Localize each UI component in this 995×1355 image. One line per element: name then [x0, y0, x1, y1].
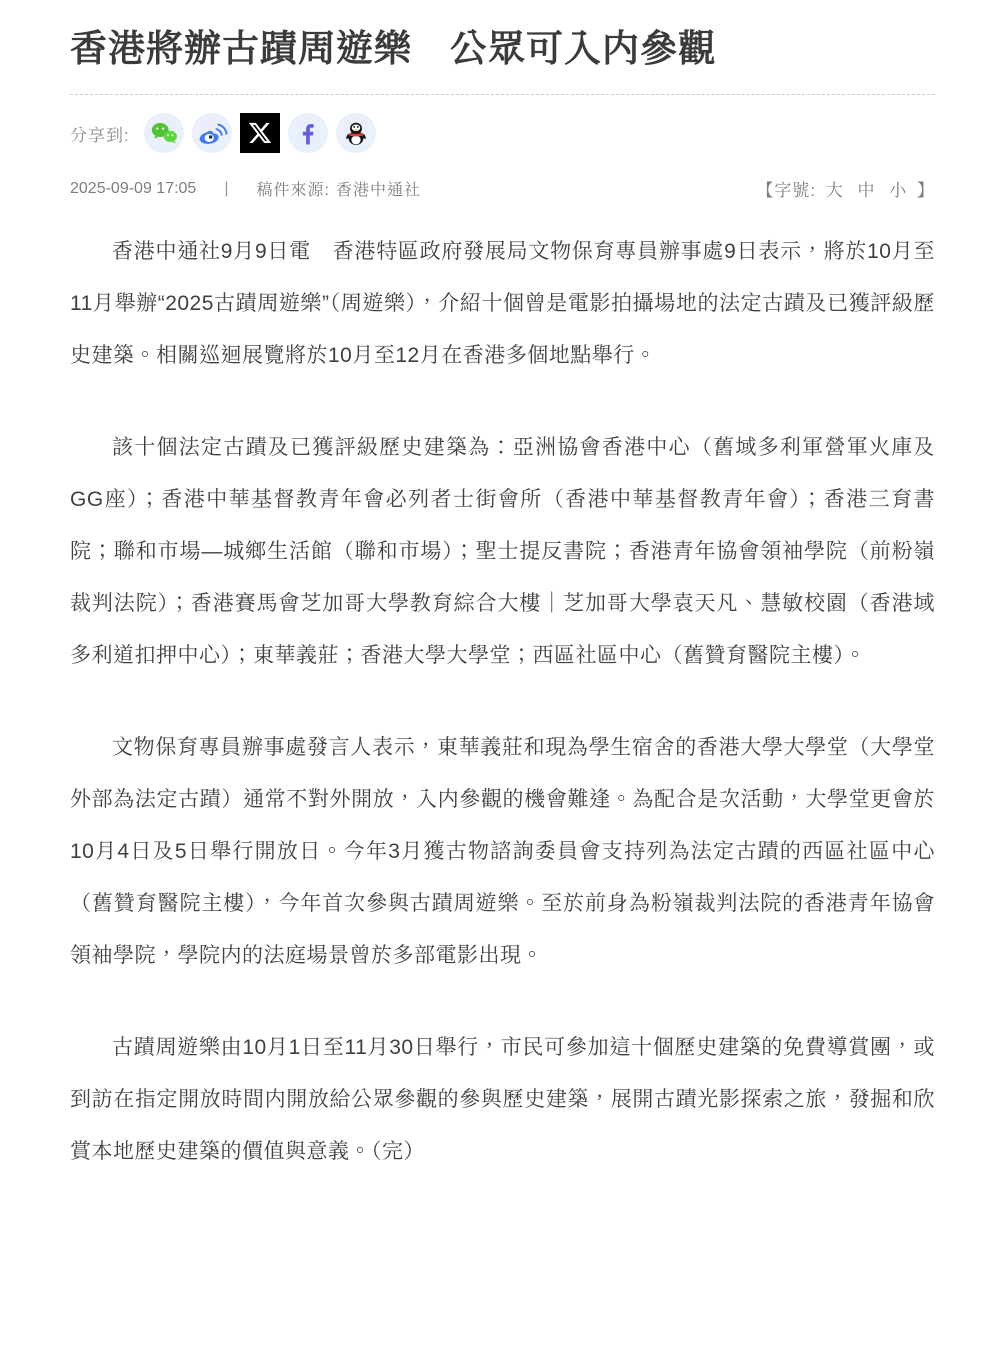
- facebook-icon: [288, 113, 328, 153]
- x-icon: [240, 113, 280, 153]
- meta-left: 2025-09-09 17:05 | 稿件來源: 香港中通社: [70, 177, 421, 200]
- meta-row: 2025-09-09 17:05 | 稿件來源: 香港中通社 【字號: 大 中 …: [70, 176, 935, 201]
- page-title: 香港將辦古蹟周遊樂 公眾可入内參觀: [70, 26, 935, 72]
- qq-share-button[interactable]: [336, 113, 376, 153]
- article-paragraph-2: 該十個法定古蹟及已獲評級歷史建築為：亞洲協會香港中心（舊域多利軍營軍火庫及GG座…: [70, 422, 935, 682]
- wechat-share-button[interactable]: [144, 113, 184, 153]
- article-paragraph-3: 文物保育專員辦事處發言人表示，東華義莊和現為學生宿舍的香港大學大學堂（大學堂外部…: [70, 722, 935, 982]
- font-size-suffix: 】: [917, 181, 935, 200]
- font-size-large-button[interactable]: 大: [826, 181, 844, 200]
- font-size-medium-button[interactable]: 中: [858, 181, 876, 200]
- x-share-button[interactable]: [240, 113, 280, 153]
- share-label: 分享到:: [70, 121, 130, 146]
- article-paragraph-1: 香港中通社9月9日電 香港特區政府發展局文物保育專員辦事處9日表示，將於10月至…: [70, 226, 935, 382]
- source-name: 香港中通社: [336, 177, 421, 200]
- facebook-share-button[interactable]: [288, 113, 328, 153]
- share-row: 分享到:: [70, 112, 935, 154]
- article-body: 香港中通社9月9日電 香港特區政府發展局文物保育專員辦事處9日表示，將於10月至…: [70, 226, 935, 1178]
- meta-separator: |: [224, 180, 228, 198]
- article-page: 香港將辦古蹟周遊樂 公眾可入内參觀 分享到:: [0, 0, 995, 1238]
- source-label: 稿件來源:: [256, 177, 329, 200]
- weibo-icon: [192, 113, 232, 153]
- wechat-icon: [144, 113, 184, 153]
- article-paragraph-4: 古蹟周遊樂由10月1日至11月30日舉行，市民可參加這十個歷史建築的免費導賞團，…: [70, 1022, 935, 1178]
- font-size-control: 【字號: 大 中 小 】: [756, 176, 935, 201]
- weibo-share-button[interactable]: [192, 113, 232, 153]
- font-size-prefix: 【字號:: [756, 181, 816, 200]
- title-divider: [70, 94, 935, 95]
- font-size-small-button[interactable]: 小: [889, 181, 907, 200]
- publish-datetime: 2025-09-09 17:05: [70, 180, 196, 198]
- qq-icon: [336, 113, 376, 153]
